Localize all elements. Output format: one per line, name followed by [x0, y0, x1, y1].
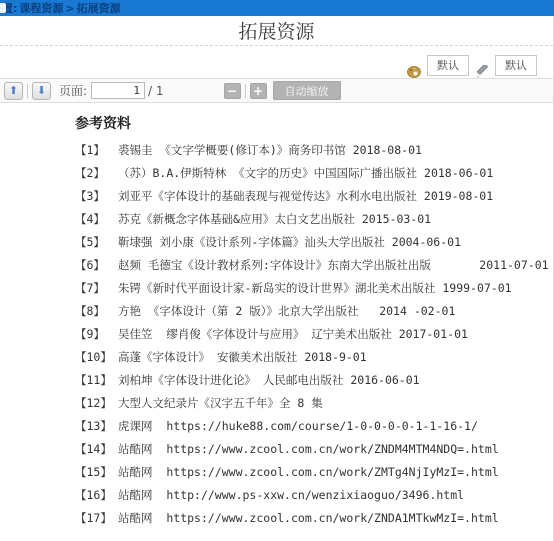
- reference-number: 【1】: [75, 139, 118, 162]
- reference-item: 【5】靳埭强 刘小康《设计系列-字体篇》汕头大学出版社 2004-06-01: [0, 231, 553, 254]
- arrow-up-icon: ⬆: [9, 85, 18, 96]
- page-number-input[interactable]: [91, 82, 145, 99]
- toolbar-divider: [245, 84, 246, 98]
- previous-page-button[interactable]: ⬆: [4, 82, 23, 100]
- reference-text: 靳埭强 刘小康《设计系列-字体篇》汕头大学出版社 2004-06-01: [118, 231, 461, 254]
- reference-number: 【11】: [75, 369, 118, 392]
- reference-number: 【9】: [75, 323, 118, 346]
- location-icon: [0, 3, 6, 13]
- reference-item: 【12】大型人文纪录片《汉字五千年》全 8 集: [0, 392, 553, 415]
- reference-text: 站酷网 https://www.zcool.com.cn/work/ZMTg4N…: [118, 461, 499, 484]
- reference-text: 刘柏坤《字体设计进化论》 人民邮电出版社 2016-06-01: [118, 369, 420, 392]
- reference-list: 【1】裘锡圭 《文字学概要(修订本)》商务印书馆 2018-08-01【2】（苏…: [0, 139, 553, 530]
- zoom-out-button[interactable]: −: [224, 83, 241, 99]
- toolbar-divider: [27, 84, 28, 98]
- reference-text: 虎课网 https://huke88.com/course/1-0-0-0-0-…: [118, 415, 478, 438]
- reference-text: 大型人文纪录片《汉字五千年》全 8 集: [118, 392, 323, 415]
- reference-item: 【9】吴佳笠 缪肖俊《字体设计与应用》 辽宁美术出版社 2017-01-01: [0, 323, 553, 346]
- viewer-toolbar: ⬆ ⬇ 页面: / 1 − + 自动缩放: [0, 78, 553, 103]
- reference-text: 站酷网 https://www.zcool.com.cn/work/ZNDM4M…: [118, 438, 499, 461]
- breadcrumb: 置:课程资源>拓展资源: [2, 0, 123, 16]
- reference-item: 【15】站酷网 https://www.zcool.com.cn/work/ZM…: [0, 461, 553, 484]
- reference-number: 【10】: [75, 346, 118, 369]
- background-default-button[interactable]: 默认: [427, 55, 469, 76]
- reference-number: 【15】: [75, 461, 118, 484]
- palette-icon[interactable]: [407, 63, 421, 76]
- reference-number: 【8】: [75, 300, 118, 323]
- zoom-in-button[interactable]: +: [250, 83, 267, 99]
- reference-text: 苏克《新概念字体基础&应用》太白文艺出版社 2015-03-01: [118, 208, 431, 231]
- breadcrumb-parent[interactable]: 课程资源: [19, 2, 63, 15]
- reference-text: 刘亚平《字体设计的基础表现与视觉传达》水利水电出版社 2019-08-01: [118, 185, 493, 208]
- reference-number: 【4】: [75, 208, 118, 231]
- next-page-button[interactable]: ⬇: [32, 82, 51, 100]
- reference-item: 【8】方艳 《字体设计（第 2 版）》北京大学出版社 2014 -02-01: [0, 300, 553, 323]
- reference-item: 【3】刘亚平《字体设计的基础表现与视觉传达》水利水电出版社 2019-08-01: [0, 185, 553, 208]
- page-number-label: 页面:: [59, 82, 87, 99]
- reference-number: 【7】: [75, 277, 118, 300]
- zoom-controls: − + 自动缩放: [224, 81, 341, 100]
- reference-number: 【17】: [75, 507, 118, 530]
- reference-item: 【1】裘锡圭 《文字学概要(修订本)》商务印书馆 2018-08-01: [0, 139, 553, 162]
- auto-zoom-button[interactable]: 自动缩放: [273, 81, 341, 100]
- reference-text: 吴佳笠 缪肖俊《字体设计与应用》 辽宁美术出版社 2017-01-01: [118, 323, 468, 346]
- reference-item: 【6】赵频 毛德宝《设计教材系列:字体设计》东南大学出版社出版 2011-07-…: [0, 254, 553, 277]
- reference-item: 【11】刘柏坤《字体设计进化论》 人民邮电出版社 2016-06-01: [0, 369, 553, 392]
- reference-item: 【2】（苏）B.A.伊斯特林 《文字的历史》中国国际广播出版社 2018-06-…: [0, 162, 553, 185]
- top-breadcrumb-bar: 置:课程资源>拓展资源: [0, 0, 554, 16]
- breadcrumb-current[interactable]: 拓展资源: [77, 2, 121, 15]
- reference-number: 【16】: [75, 484, 118, 507]
- reference-text: 站酷网 http://www.ps-xxw.cn/wenzixiaoguo/34…: [118, 484, 464, 507]
- reference-number: 【6】: [75, 254, 118, 277]
- pencil-icon[interactable]: [475, 63, 489, 76]
- reference-text: 方艳 《字体设计（第 2 版）》北京大学出版社 2014 -02-01: [118, 300, 455, 323]
- reference-item: 【16】站酷网 http://www.ps-xxw.cn/wenzixiaogu…: [0, 484, 553, 507]
- page-title: 拓展资源: [0, 16, 553, 42]
- reference-number: 【14】: [75, 438, 118, 461]
- reference-number: 【3】: [75, 185, 118, 208]
- document-content: 参考资料 【1】裘锡圭 《文字学概要(修订本)》商务印书馆 2018-08-01…: [0, 103, 553, 530]
- reference-item: 【10】高蓬《字体设计》 安徽美术出版社 2018-9-01: [0, 346, 553, 369]
- reference-number: 【13】: [75, 415, 118, 438]
- arrow-down-icon: ⬇: [37, 85, 46, 96]
- reference-item: 【7】朱锷《新时代平面设计家-新岛实的设计世界》湖北美术出版社 1999-07-…: [0, 277, 553, 300]
- reference-item: 【17】站酷网 https://www.zcool.com.cn/work/ZN…: [0, 507, 553, 530]
- reference-item: 【13】虎课网 https://huke88.com/course/1-0-0-…: [0, 415, 553, 438]
- reference-text: 朱锷《新时代平面设计家-新岛实的设计世界》湖北美术出版社 1999-07-01: [118, 277, 512, 300]
- breadcrumb-separator: >: [65, 2, 74, 15]
- reference-text: 裘锡圭 《文字学概要(修订本)》商务印书馆 2018-08-01: [118, 139, 422, 162]
- settings-row: 默认 默认: [0, 46, 553, 78]
- reference-text: 赵频 毛德宝《设计教材系列:字体设计》东南大学出版社出版 2011-07-01: [118, 254, 549, 277]
- font-default-button[interactable]: 默认: [495, 55, 537, 76]
- page-total: / 1: [148, 84, 164, 98]
- reference-item: 【14】站酷网 https://www.zcool.com.cn/work/ZN…: [0, 438, 553, 461]
- reference-number: 【5】: [75, 231, 118, 254]
- reference-number: 【12】: [75, 392, 118, 415]
- reference-number: 【2】: [75, 162, 118, 185]
- reference-text: 站酷网 https://www.zcool.com.cn/work/ZNDA1M…: [118, 507, 499, 530]
- reference-text: （苏）B.A.伊斯特林 《文字的历史》中国国际广播出版社 2018-06-01: [118, 162, 493, 185]
- reference-text: 高蓬《字体设计》 安徽美术出版社 2018-9-01: [118, 346, 367, 369]
- page-body: 拓展资源 默认 默认 ⬆ ⬇ 页面: / 1 − +: [0, 16, 554, 541]
- reference-item: 【4】苏克《新概念字体基础&应用》太白文艺出版社 2015-03-01: [0, 208, 553, 231]
- references-heading: 参考资料: [75, 113, 553, 133]
